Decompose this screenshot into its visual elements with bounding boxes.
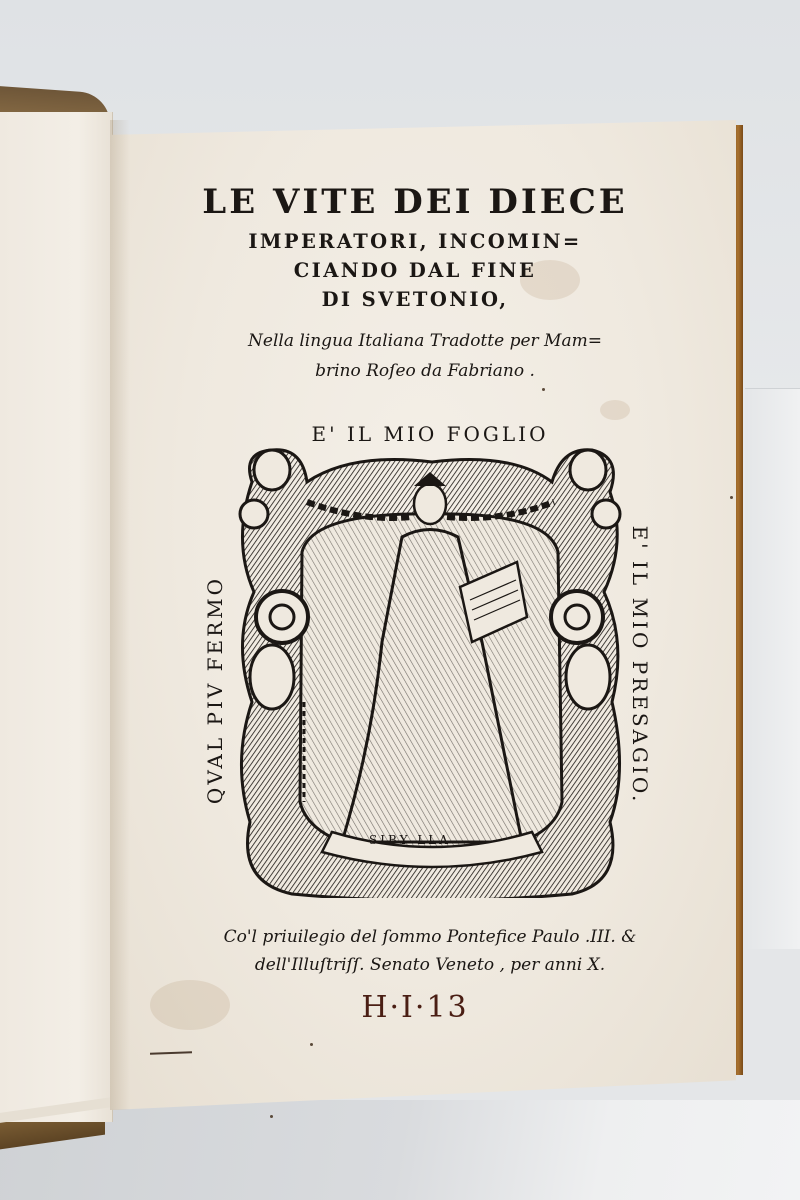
ink-speck	[542, 388, 545, 391]
ink-speck	[310, 1043, 313, 1046]
sibyl-woodcut-illustration	[232, 442, 628, 898]
gutter-shadow	[110, 120, 130, 1110]
privilege-line-1: Co'l priuilegio del ſommo Pontefice Paul…	[200, 927, 660, 947]
motto-left: QVAL PIV FERMO	[203, 576, 227, 804]
ink-speck	[730, 496, 733, 499]
handwritten-shelfmark: H·I·13	[330, 990, 500, 1025]
title-line-2: IMPERATORI, INCOMIN=	[170, 230, 660, 253]
translator-line-1: Nella lingua Italiana Tradotte per Mam=	[200, 331, 650, 351]
woodcut-label-sibylla: SIBY LLA	[335, 833, 485, 847]
table-surface	[0, 1100, 800, 1200]
photo-scene: LE VITE DEI DIECE IMPERATORI, INCOMIN= C…	[0, 0, 800, 1200]
motto-right: E' IL MIO PRESAGIO.	[628, 526, 652, 805]
privilege-line-2: dell'Illuſtriſſ. Senato Veneto , per ann…	[200, 955, 660, 975]
title-line-3: CIANDO DAL FINE	[170, 259, 660, 282]
left-flyleaf	[0, 112, 113, 1122]
ink-speck	[270, 1115, 273, 1118]
foxing-stain	[600, 400, 630, 420]
background-sheet	[745, 388, 800, 949]
foxing-stain	[150, 980, 230, 1030]
title-line-1: LE VITE DEI DIECE	[170, 182, 660, 222]
translator-line-2: brino Roſeo da Fabriano .	[200, 361, 650, 381]
title-line-4: DI SVETONIO,	[170, 288, 660, 311]
